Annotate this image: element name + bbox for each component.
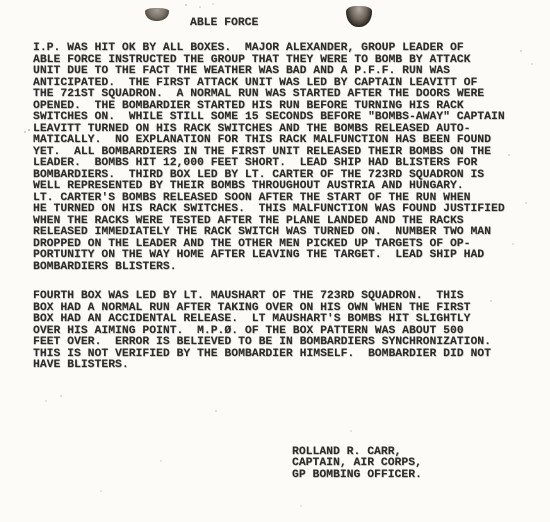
fastener-stain-right: [346, 6, 372, 27]
fastener-stain-left: [145, 8, 169, 21]
paragraph-fourth-box: FOURTH BOX WAS LED BY LT. MAUSHART OF TH…: [33, 291, 491, 372]
signature-role: GP BOMBING OFFICER.: [292, 470, 422, 481]
document-page: ABLE FORCE I.P. WAS HIT OK BY ALL BOXES.…: [0, 0, 550, 522]
signature-rank: CAPTAIN, AIR CORPS,: [292, 458, 422, 469]
photocopy-speckles: [0, 0, 2, 2]
paragraph-first-attack-unit: I.P. WAS HIT OK BY ALL BOXES. MAJOR ALEX…: [33, 43, 505, 273]
document-title: ABLE FORCE: [190, 17, 258, 29]
signature-block: ROLLAND R. CARR, CAPTAIN, AIR CORPS, GP …: [292, 447, 422, 481]
